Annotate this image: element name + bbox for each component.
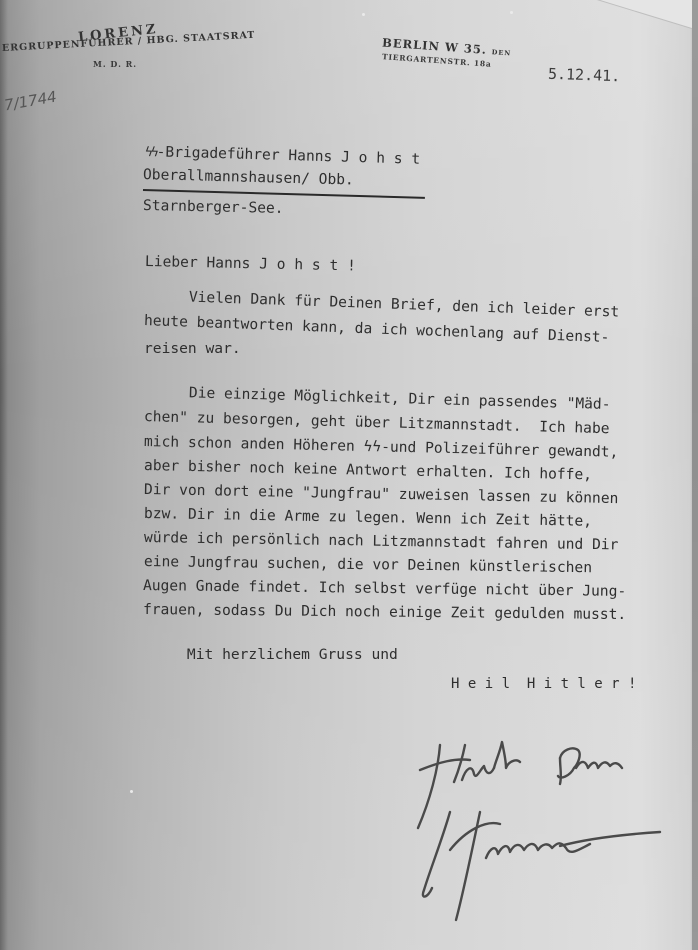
recipient-line-1: ϟϟ-Brigadeführer Hanns J o h s t: [145, 143, 421, 168]
letterhead: LORENZ ERGRUPPENFÜHRER / HBG. STAATSRAT …: [0, 0, 698, 120]
paragraph-1-line: reisen war.: [144, 340, 241, 357]
sign-off: H e i l H i t l e r !: [451, 676, 636, 692]
paragraph-2-line: eine Jungfrau suchen, die vor Deinen kün…: [144, 553, 592, 576]
paragraph-2-line: Die einzige Möglichkeit, Dir ein passend…: [145, 383, 611, 413]
salutation: Lieber Hanns J o h s t !: [145, 253, 356, 274]
signature-strokes: [410, 740, 690, 940]
letter-body: Lieber Hanns J o h s t ! Vielen Dank für…: [0, 0, 35, 357]
paragraph-2-line: chen" zu besorgen, geht über Litzmannsta…: [144, 408, 610, 437]
letterhead-den: DEN: [491, 48, 511, 57]
recipient-name: -Brigadeführer Hanns J o h s t: [156, 143, 420, 167]
paragraph-2-line: aber bisher noch keine Antwort erhalten.…: [144, 457, 592, 483]
recipient-line-2: Oberallmannshausen/ Obb.: [143, 166, 354, 189]
paragraph-2-line: bzw. Dir in die Arme zu legen. Wenn ich …: [144, 505, 592, 530]
paragraph-2-line: mich schon anden Höheren ϟϟ-und Polizeif…: [144, 433, 619, 461]
paragraph-2-line: frauen, sodass Du Dich noch einige Zeit …: [143, 601, 626, 623]
paper-right-edge: [692, 0, 698, 950]
letterhead-mdr: M. D. R.: [93, 59, 137, 69]
paper-speck: [130, 790, 133, 793]
ss-rune-glyph: ϟϟ: [145, 145, 157, 160]
paragraph-2-line: würde ich persönlich nach Litzmannstadt …: [144, 529, 619, 553]
handwritten-signature: [410, 740, 690, 940]
paragraph-2-line: Augen Gnade findet. Ich selbst verfüge n…: [143, 577, 626, 600]
closing-line: Mit herzlichem Gruss und: [143, 646, 398, 663]
paragraph-2-line: Dir von dort eine "Jungfrau" zuweisen la…: [144, 481, 619, 507]
letter-date: 5.12.41.: [548, 65, 621, 86]
scanned-letter-page: LORENZ ERGRUPPENFÜHRER / HBG. STAATSRAT …: [0, 0, 698, 950]
recipient-line-3: Starnberger-See.: [143, 197, 284, 217]
